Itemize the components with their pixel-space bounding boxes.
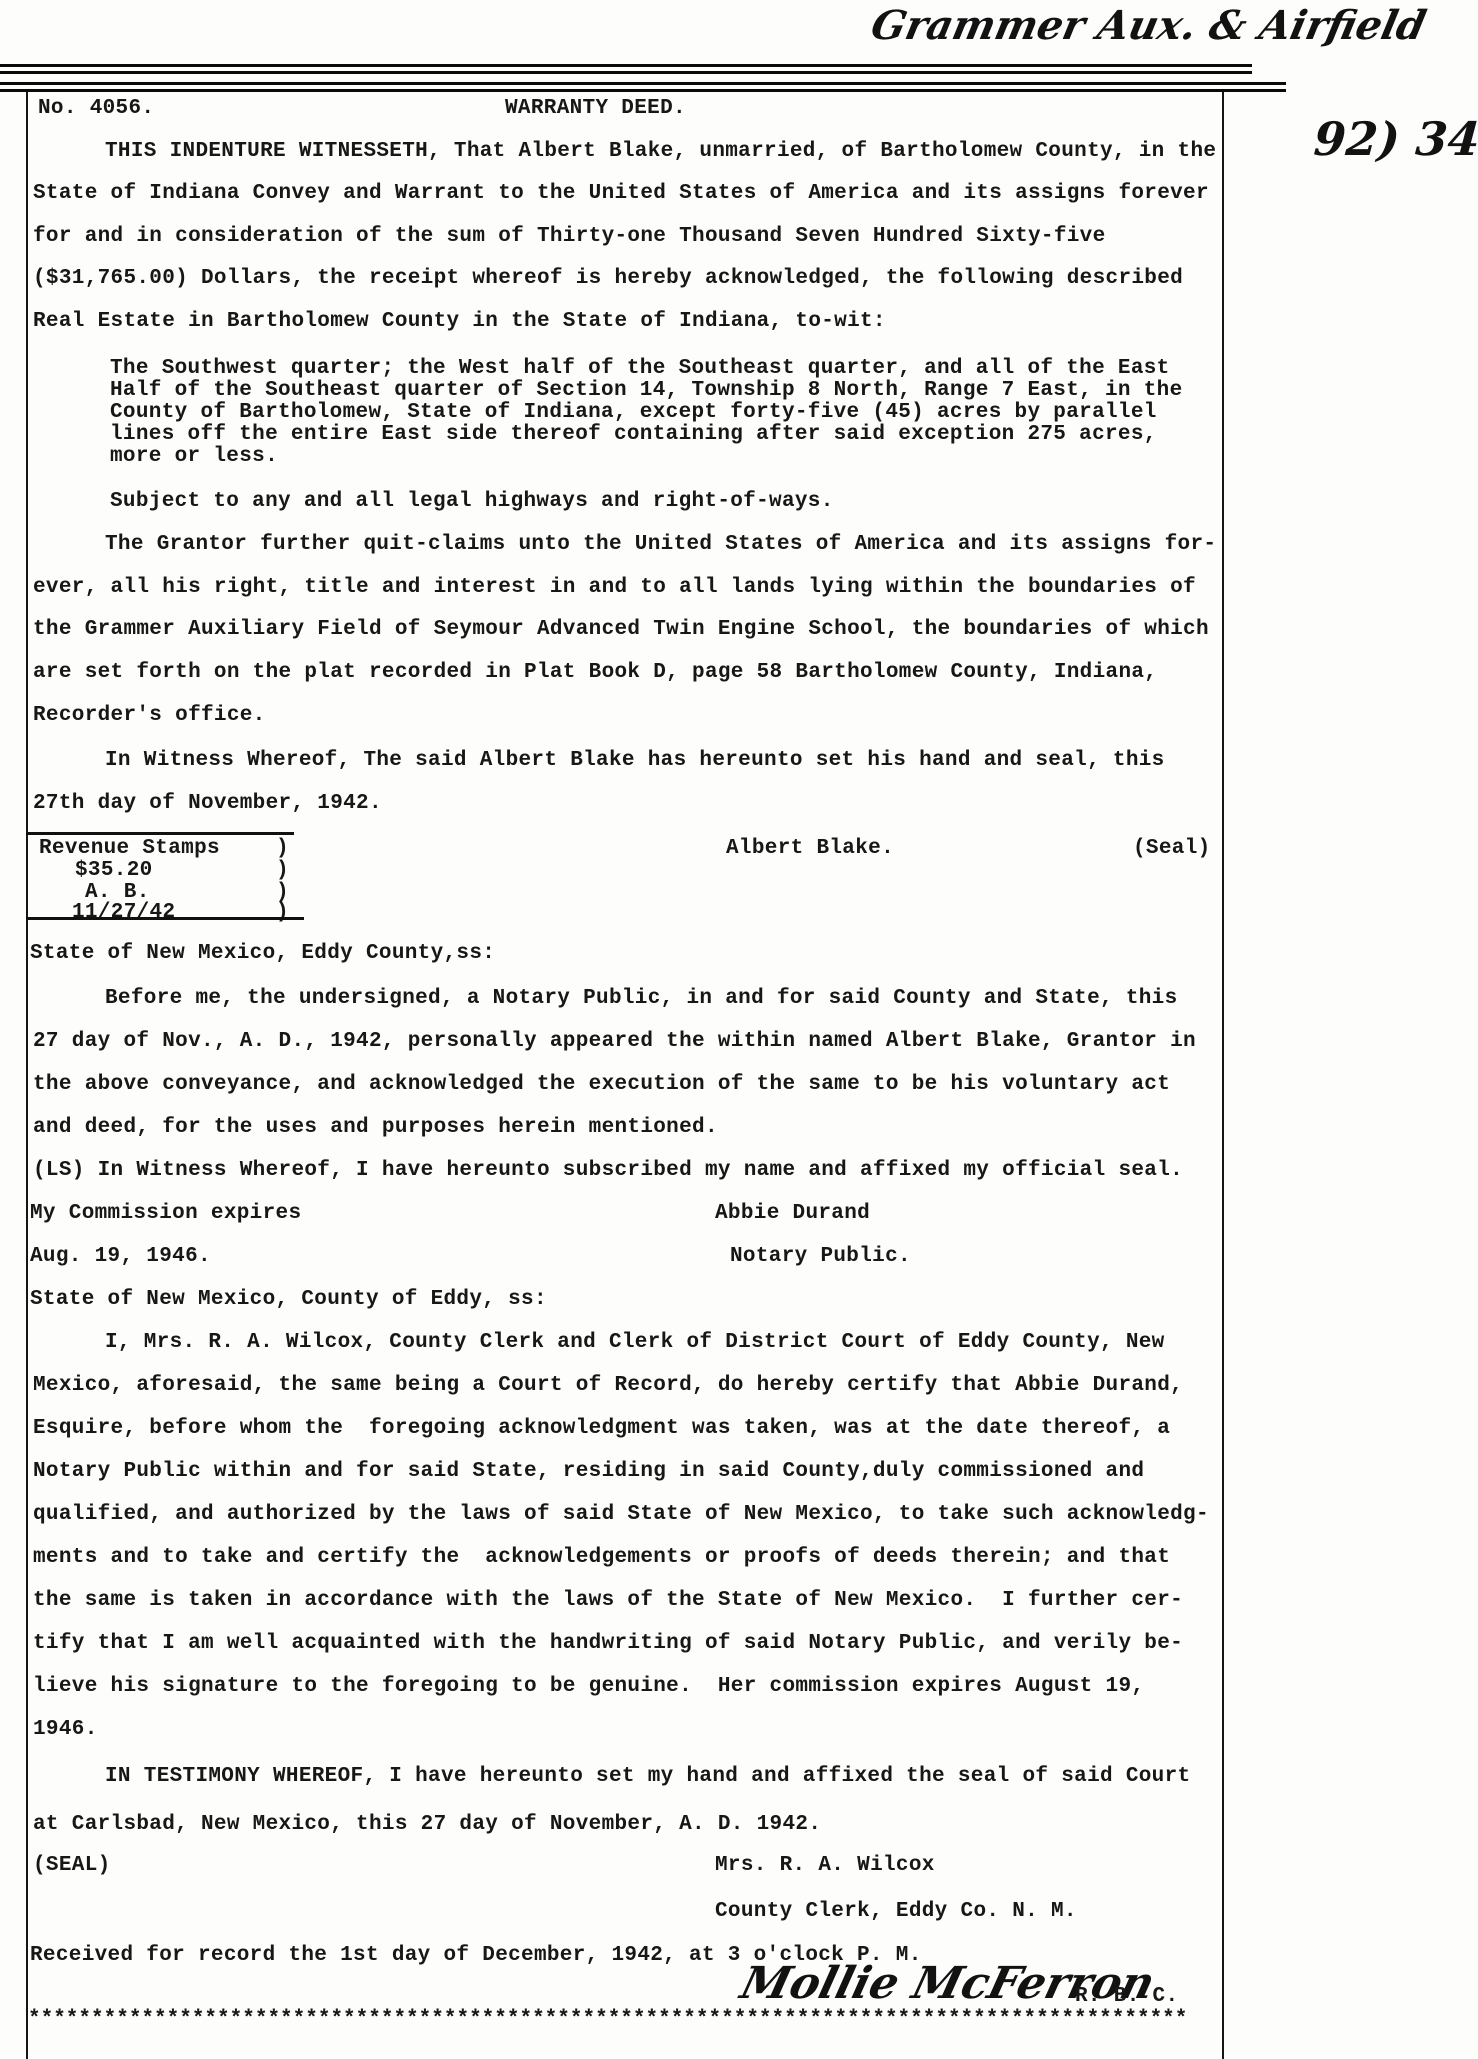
notary-body-line: 27 day of Nov., A. D., 1942, personally … — [33, 1029, 1196, 1055]
testimony-line: IN TESTIMONY WHEREOF, I have hereunto se… — [105, 1764, 1190, 1790]
handwritten-page-mark: 92) 341 — [1312, 112, 1478, 166]
quitclaim-line: the Grammer Auxiliary Field of Seymour A… — [33, 617, 1209, 643]
revenue-stamps-date: 11/27/42 — [72, 900, 175, 926]
deed-page: Grammer Aux. & Airfield 92) 341 No. 4056… — [0, 0, 1478, 2059]
notary-body-line: Before me, the undersigned, a Notary Pub… — [105, 986, 1178, 1012]
notary-body-line: and deed, for the uses and purposes here… — [33, 1115, 718, 1141]
court-seal-label: (SEAL) — [33, 1853, 111, 1879]
clerk-cert-line: Esquire, before whom the foregoing ackno… — [33, 1416, 1170, 1442]
grantor-name: Albert Blake. — [726, 836, 894, 862]
grantor-seal-label: (Seal) — [1133, 836, 1211, 862]
clerk-cert-line: 1946. — [33, 1717, 98, 1743]
clerk-cert-line: tify that I am well acquainted with the … — [33, 1631, 1183, 1657]
notary-venue: State of New Mexico, Eddy County,ss: — [30, 941, 495, 967]
clerk-cert-line: lieve his signature to the foregoing to … — [33, 1674, 1144, 1700]
clerk-cert-line: Notary Public within and for said State,… — [33, 1459, 1144, 1485]
left-border-line — [26, 92, 28, 2059]
document-title: WARRANTY DEED. — [505, 96, 686, 122]
handwritten-top-note: Grammer Aux. & Airfield — [867, 2, 1430, 49]
clerk-cert-line: Mexico, aforesaid, the same being a Cour… — [33, 1373, 1183, 1399]
subject-clause: Subject to any and all legal highways an… — [110, 489, 834, 515]
quitclaim-line: ever, all his right, title and interest … — [33, 575, 1196, 601]
quitclaim-line: Recorder's office. — [33, 703, 266, 729]
legal-description-line: more or less. — [110, 444, 278, 470]
quitclaim-line: are set forth on the plat recorded in Pl… — [33, 660, 1157, 686]
clerk-venue: State of New Mexico, County of Eddy, ss: — [30, 1287, 547, 1313]
right-border-line — [1222, 92, 1224, 2059]
notary-title: Notary Public. — [730, 1244, 911, 1270]
clerk-cert-line: qualified, and authorized by the laws of… — [33, 1502, 1209, 1528]
commission-expires-label: My Commission expires — [30, 1201, 301, 1227]
document-number: No. 4056. — [38, 96, 154, 122]
notary-body-line: the above conveyance, and acknowledged t… — [33, 1072, 1170, 1098]
opening-line: Real Estate in Bartholomew County in the… — [33, 309, 886, 335]
asterisk-divider: ****************************************… — [28, 2007, 1187, 2033]
revenue-box-topline — [26, 832, 294, 835]
notary-ls-line: (LS) In Witness Whereof, I have hereunto… — [33, 1158, 1183, 1184]
opening-line: for and in consideration of the sum of T… — [33, 224, 1106, 250]
clerk-cert-line: I, Mrs. R. A. Wilcox, County Clerk and C… — [105, 1330, 1165, 1356]
opening-line: ($31,765.00) Dollars, the receipt whereo… — [33, 266, 1183, 292]
opening-line: State of Indiana Convey and Warrant to t… — [33, 181, 1209, 207]
opening-line: THIS INDENTURE WITNESSETH, That Albert B… — [105, 139, 1216, 165]
top-rule-2 — [0, 82, 1286, 92]
revenue-box-brace: ) — [276, 900, 289, 926]
clerk-cert-line: the same is taken in accordance with the… — [33, 1588, 1183, 1614]
clerk-title: County Clerk, Eddy Co. N. M. — [715, 1899, 1077, 1925]
testimony-line: at Carlsbad, New Mexico, this 27 day of … — [33, 1812, 821, 1838]
notary-name: Abbie Durand — [715, 1201, 870, 1227]
clerk-cert-line: ments and to take and certify the acknow… — [33, 1545, 1170, 1571]
quitclaim-line: The Grantor further quit-claims unto the… — [105, 532, 1216, 558]
commission-expires-date: Aug. 19, 1946. — [30, 1244, 211, 1270]
revenue-box-underline — [26, 917, 304, 920]
witness-line: In Witness Whereof, The said Albert Blak… — [105, 748, 1165, 774]
clerk-name: Mrs. R. A. Wilcox — [715, 1853, 935, 1879]
top-rule-1 — [0, 64, 1252, 74]
witness-line: 27th day of November, 1942. — [33, 791, 382, 817]
